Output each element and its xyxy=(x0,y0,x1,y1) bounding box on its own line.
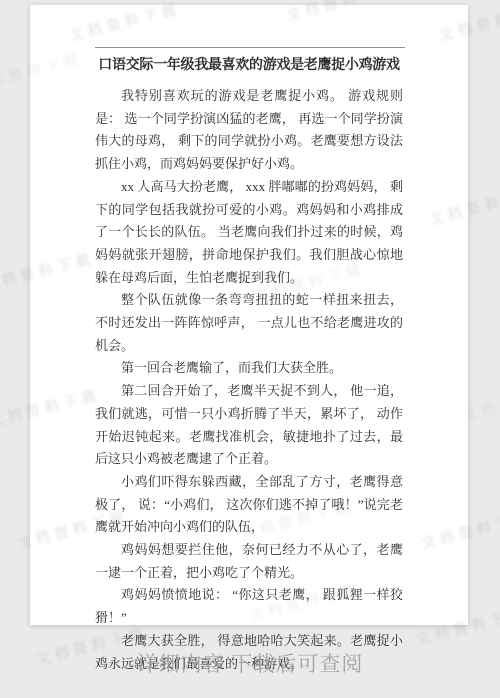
title-divider xyxy=(95,47,405,48)
document-paragraph-3: 整个队伍就像一条弯弯扭扭的蛇一样扭来扭去， 不时还发出一阵阵惊呼声， 一点儿也不… xyxy=(95,289,403,357)
page-content: 口语交际一年级我最喜欢的游戏是老鹰捉小鸡游戏 我特别喜欢玩的游戏是老鹰捉小鸡。 … xyxy=(95,47,403,675)
document-paragraph-5: 第二回合开始了，老鹰半天捉不到人， 他一追，我们就逃，可惜一只小鸡折腾了半天，累… xyxy=(95,380,403,471)
preview-viewport: 口语交际一年级我最喜欢的游戏是老鹰捉小鸡游戏 我特别喜欢玩的游戏是老鹰捉小鸡。 … xyxy=(0,0,500,698)
document-paragraph-4: 第一回合老鹰输了，而我们大获全胜。 xyxy=(95,357,403,380)
document-paragraph-8: 鸡妈妈愤愤地说： “你这只老鹰， 跟狐狸一样狡猾！” xyxy=(95,584,403,629)
document-page: 口语交际一年级我最喜欢的游戏是老鹰捉小鸡游戏 我特别喜欢玩的游戏是老鹰捉小鸡。 … xyxy=(30,5,468,625)
document-paragraph-1: 我特别喜欢玩的游戏是老鹰捉小鸡。 游戏规则是： 选一个同学扮演凶猛的老鹰， 再选… xyxy=(95,85,403,176)
download-hint-text: 详细内容 下载后可查阅 xyxy=(0,648,500,678)
document-paragraph-6: 小鸡们吓得东躲西藏，全部乱了方寸，老鹰得意极了， 说：“小鸡们， 这次你们逃不掉… xyxy=(95,471,403,539)
document-body: 我特别喜欢玩的游戏是老鹰捉小鸡。 游戏规则是： 选一个同学扮演凶猛的老鹰， 再选… xyxy=(95,85,403,675)
document-paragraph-2: xx 人高马大扮老鹰， xxx 胖嘟嘟的扮鸡妈妈， 剩下的同学包括我就扮可爱的小… xyxy=(95,176,403,290)
document-paragraph-7: 鸡妈妈想要拦住他，奈何已经力不从心了，老鹰一逮一个正着，把小鸡吃了个精光。 xyxy=(95,539,403,584)
document-title: 口语交际一年级我最喜欢的游戏是老鹰捉小鸡游戏 xyxy=(95,56,403,76)
